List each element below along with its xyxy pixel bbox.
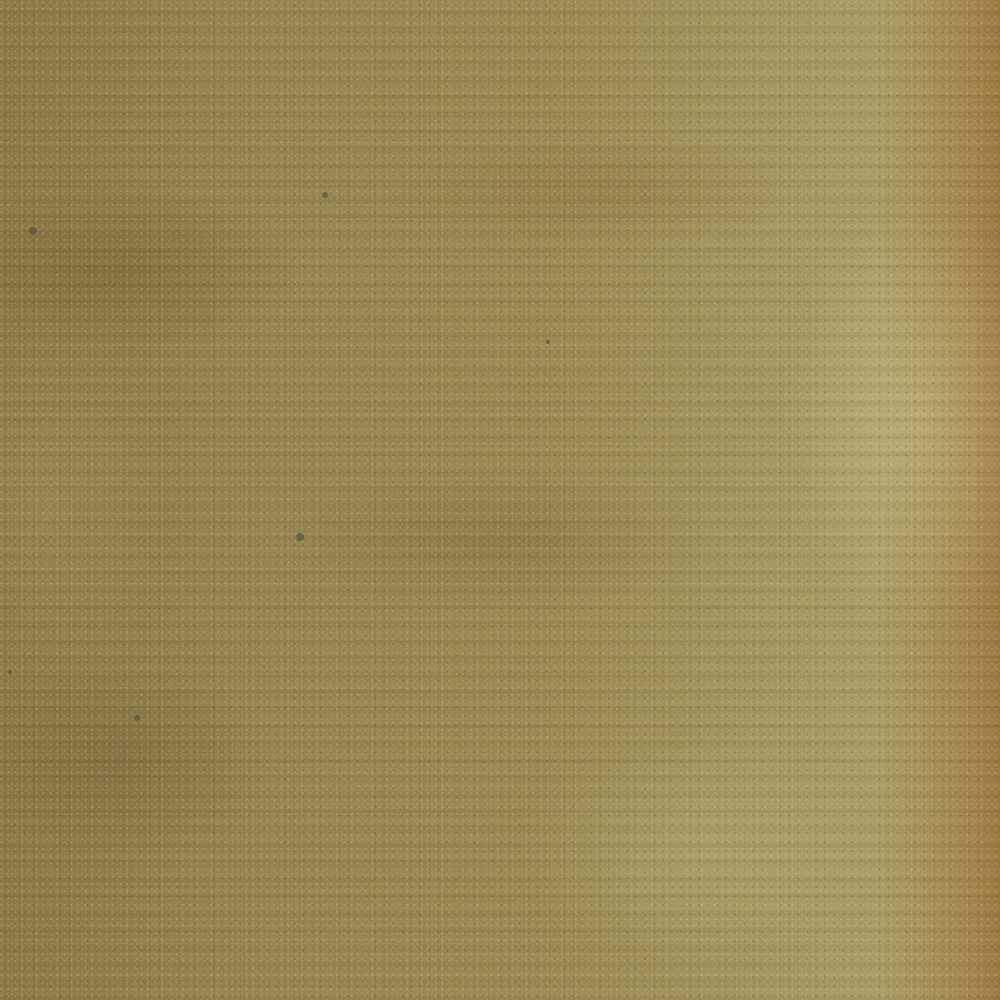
dark-speck (546, 340, 550, 344)
grain-layer (0, 0, 1000, 1000)
dark-speck (29, 227, 37, 235)
dark-speck (8, 670, 12, 674)
textured-paper-background (0, 0, 1000, 1000)
dark-speck (322, 192, 328, 198)
dark-speck (134, 715, 140, 721)
blotch-layer (0, 0, 1000, 1000)
tonal-gradient-layer (0, 0, 1000, 1000)
brush-streak-layer (0, 0, 1000, 1000)
speck-layer (0, 0, 1000, 1000)
dark-speck (296, 533, 304, 541)
